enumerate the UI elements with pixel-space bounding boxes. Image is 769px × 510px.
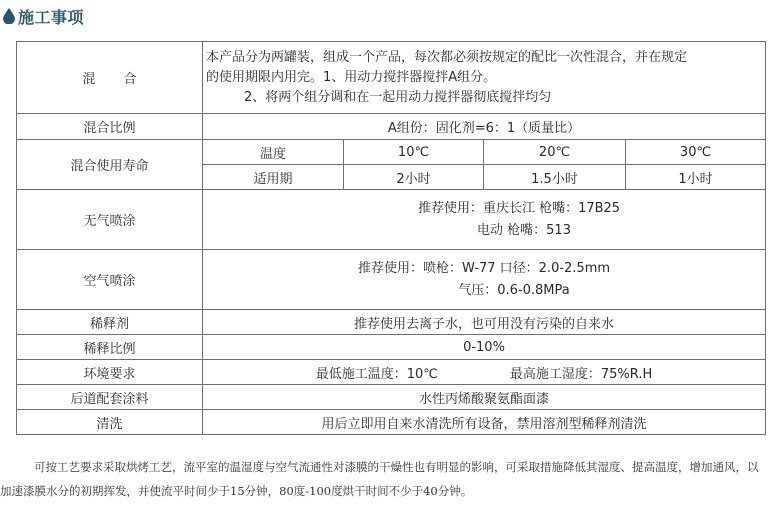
footnote: 可按工艺要求采取烘烤工艺，流平室的温湿度与空气流通性对漆膜的干燥性也有明显的影响… [0, 455, 769, 503]
row-mix-ratio: 混合比例 A组份：固化剂=6：1（质量比） [17, 114, 766, 140]
air-spray-value: 推荐使用：喷枪：W-77 口径：2.0-2.5mm 气压：0.6-0.8MPa [203, 250, 766, 310]
footnote-text: 可按工艺要求采取烘烤工艺，流平室的温湿度与空气流通性对漆膜的干燥性也有明显的影响… [0, 455, 769, 503]
label-air-spray: 空气喷涂 [17, 250, 203, 310]
thinning-ratio-value: 0-10% [203, 335, 766, 360]
label-mix-ratio: 混合比例 [17, 114, 203, 140]
temp-value: 20℃ [484, 140, 626, 165]
label-thinner: 稀释剂 [17, 310, 203, 335]
temp-value: 30℃ [626, 140, 766, 165]
row-airless-spray: 无气喷涂 推荐使用：重庆长江 枪嘴：17B25 电动 枪嘴：513 [17, 190, 766, 250]
label-topcoat: 后道配套涂料 [17, 385, 203, 410]
label-airless-spray: 无气喷涂 [17, 190, 203, 250]
label-mixing: 混合 [17, 42, 203, 114]
row-environment: 环境要求 最低施工温度：10℃最高施工湿度：75%R.H [17, 360, 766, 385]
construction-table: 混合 本产品分为两罐装，组成一个产品，每次都必须按规定的配比一次性混合，并在规定… [16, 41, 766, 435]
thinner-value: 推荐使用去离子水，也可用没有污染的自来水 [203, 310, 766, 335]
label-cleaning: 清洗 [17, 410, 203, 435]
row-topcoat: 后道配套涂料 水性丙烯酸聚氨酯面漆 [17, 385, 766, 410]
section-title: 施工事项 [18, 5, 84, 28]
topcoat-value: 水性丙烯酸聚氨酯面漆 [203, 385, 766, 410]
label-environment: 环境要求 [17, 360, 203, 385]
period-value: 2小时 [344, 165, 484, 190]
water-drop-icon [3, 8, 15, 24]
row-thinning-ratio: 稀释比例 0-10% [17, 335, 766, 360]
temp-label: 温度 [203, 140, 344, 165]
section-header: 施工事项 [3, 4, 84, 28]
airless-spray-value: 推荐使用：重庆长江 枪嘴：17B25 电动 枪嘴：513 [203, 190, 766, 250]
environment-value: 最低施工温度：10℃最高施工湿度：75%R.H [203, 360, 766, 385]
row-pot-life-temp: 混合使用寿命 温度 10℃ 20℃ 30℃ [17, 140, 766, 165]
label-thinning-ratio: 稀释比例 [17, 335, 203, 360]
row-cleaning: 清洗 用后立即用自来水清洗所有设备，禁用溶剂型稀释剂清洗 [17, 410, 766, 435]
period-label: 适用期 [203, 165, 344, 190]
cleaning-value: 用后立即用自来水清洗所有设备，禁用溶剂型稀释剂清洗 [203, 410, 766, 435]
row-mixing: 混合 本产品分为两罐装，组成一个产品，每次都必须按规定的配比一次性混合，并在规定… [17, 42, 766, 114]
row-thinner: 稀释剂 推荐使用去离子水，也可用没有污染的自来水 [17, 310, 766, 335]
temp-value: 10℃ [344, 140, 484, 165]
period-value: 1.5小时 [484, 165, 626, 190]
mix-ratio-value: A组份：固化剂=6：1（质量比） [203, 114, 766, 140]
min-temp: 最低施工温度：10℃ [316, 363, 438, 382]
mixing-instructions: 本产品分为两罐装，组成一个产品，每次都必须按规定的配比一次性混合，并在规定 的使… [203, 42, 766, 114]
label-pot-life: 混合使用寿命 [17, 140, 203, 190]
row-air-spray: 空气喷涂 推荐使用：喷枪：W-77 口径：2.0-2.5mm 气压：0.6-0.… [17, 250, 766, 310]
max-humidity: 最高施工湿度：75%R.H [510, 363, 652, 382]
period-value: 1小时 [626, 165, 766, 190]
